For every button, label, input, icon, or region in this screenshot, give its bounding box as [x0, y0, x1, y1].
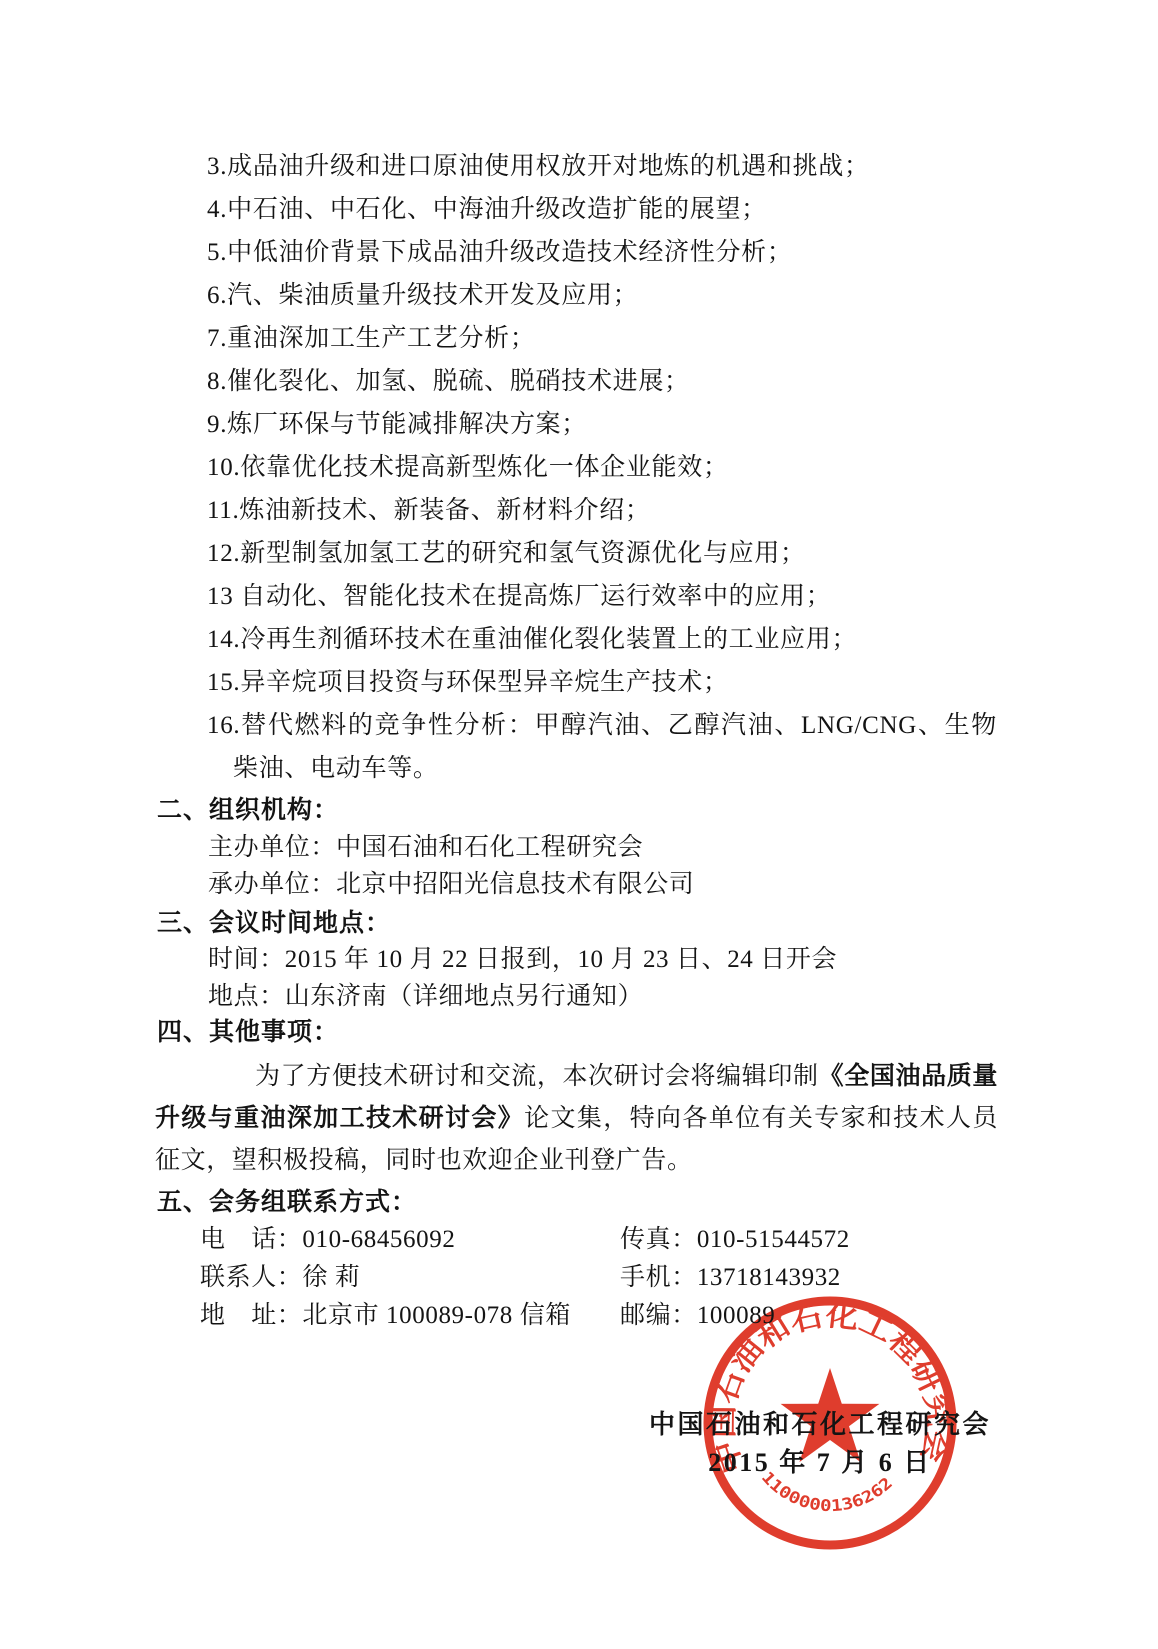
contact-row-phone-fax: 电 话：010-68456092 传真：010-51544572: [200, 1221, 1020, 1259]
agenda-item-6: 6.汽、柴油质量升级技术开发及应用；: [207, 274, 997, 317]
agenda-item-10: 10.依靠优化技术提高新型炼化一体企业能效；: [207, 446, 997, 489]
zipcode-value: 100089: [697, 1302, 776, 1329]
agenda-item-8: 8.催化裂化、加氢、脱硫、脱硝技术进展；: [207, 360, 997, 403]
contact-person-label: 联系人：: [200, 1264, 302, 1291]
mobile-label: 手机：: [620, 1264, 697, 1291]
contact-row-person-mobile: 联系人：徐 莉 手机：13718143932: [200, 1259, 1020, 1297]
agenda-item-15: 15.异辛烷项目投资与环保型异辛烷生产技术；: [207, 661, 997, 704]
document-page: 3.成品油升级和进口原油使用权放开对地炼的机遇和挑战； 4.中石油、中石化、中海…: [0, 0, 1158, 1649]
other-matters-paragraph: 为了方便技术研讨和交流，本次研讨会将编辑印制《全国油品质量升级与重油深加工技术研…: [155, 1056, 998, 1182]
mobile-value: 13718143932: [697, 1264, 841, 1291]
contact-row-address-zip: 地 址：北京市 100089-078 信箱 邮编：100089: [200, 1297, 1020, 1335]
address-value: 北京市 100089-078 信箱: [302, 1302, 571, 1329]
meeting-time-line: 时间：2015 年 10 月 22 日报到，10 月 23 日、24 日开会: [208, 941, 837, 978]
signature-organization: 中国石油和石化工程研究会: [610, 1406, 1030, 1444]
agenda-item-3: 3.成品油升级和进口原油使用权放开对地炼的机遇和挑战；: [207, 145, 997, 188]
agenda-item-9: 9.炼厂环保与节能减排解决方案；: [207, 403, 997, 446]
paragraph-text-pre: 为了方便技术研讨和交流，本次研讨会将编辑印制: [255, 1063, 819, 1090]
signature-date: 2015 年 7 月 6 日: [610, 1444, 1030, 1482]
zipcode-label: 邮编：: [620, 1302, 697, 1329]
contact-person-value: 徐 莉: [302, 1264, 360, 1291]
meeting-place-line: 地点：山东济南（详细地点另行通知）: [208, 978, 837, 1015]
organizer-unit-line: 承办单位：北京中招阳光信息技术有限公司: [208, 866, 694, 903]
section-heading-schedule: 三、会议时间地点：: [157, 904, 391, 942]
agenda-item-16: 16.替代燃料的竞争性分析：甲醇汽油、乙醇汽油、LNG/CNG、生物柴油、电动车…: [207, 704, 997, 790]
fax-label: 传真：: [620, 1226, 697, 1253]
agenda-item-14: 14.冷再生剂循环技术在重油催化裂化装置上的工业应用；: [207, 618, 997, 661]
phone-value: 010-68456092: [302, 1226, 455, 1253]
signature-block: 中国石油和石化工程研究会 2015 年 7 月 6 日: [610, 1406, 1030, 1482]
agenda-list: 3.成品油升级和进口原油使用权放开对地炼的机遇和挑战； 4.中石油、中石化、中海…: [207, 145, 997, 790]
section-heading-contacts: 五、会务组联系方式：: [157, 1183, 417, 1221]
section-heading-other: 四、其他事项：: [157, 1013, 339, 1051]
agenda-item-12: 12.新型制氢加氢工艺的研究和氢气资源优化与应用；: [207, 532, 997, 575]
host-unit-line: 主办单位：中国石油和石化工程研究会: [208, 829, 694, 866]
address-label: 地 址：: [200, 1302, 302, 1329]
organization-lines: 主办单位：中国石油和石化工程研究会 承办单位：北京中招阳光信息技术有限公司: [208, 829, 694, 903]
agenda-item-13: 13 自动化、智能化技术在提高炼厂运行效率中的应用；: [207, 575, 997, 618]
contact-block: 电 话：010-68456092 传真：010-51544572 联系人：徐 莉…: [200, 1221, 1020, 1335]
agenda-item-4: 4.中石油、中石化、中海油升级改造扩能的展望；: [207, 188, 997, 231]
fax-value: 010-51544572: [697, 1226, 850, 1253]
phone-label: 电 话：: [200, 1226, 302, 1253]
agenda-item-7: 7.重油深加工生产工艺分析；: [207, 317, 997, 360]
schedule-lines: 时间：2015 年 10 月 22 日报到，10 月 23 日、24 日开会 地…: [208, 941, 837, 1015]
agenda-item-11: 11.炼油新技术、新装备、新材料介绍；: [207, 489, 997, 532]
agenda-item-5: 5.中低油价背景下成品油升级改造技术经济性分析；: [207, 231, 997, 274]
section-heading-organization: 二、组织机构：: [157, 791, 339, 829]
